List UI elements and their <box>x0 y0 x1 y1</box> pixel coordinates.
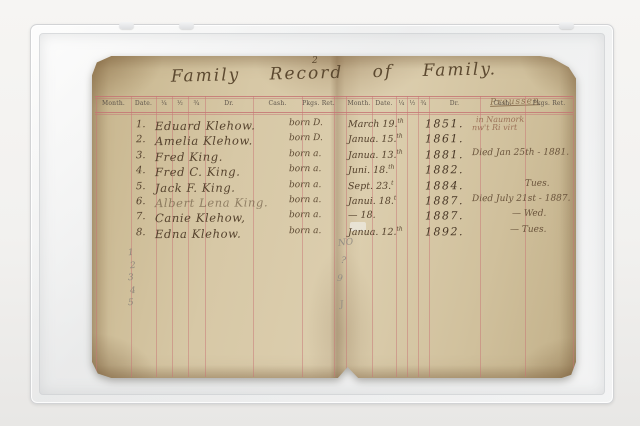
row-number: 2. <box>136 135 146 146</box>
column-header: ½ <box>172 99 188 109</box>
birth-date: Janua. 12.th <box>348 225 403 237</box>
born-entry: born a. <box>289 164 321 174</box>
ledger-document: 2 Family Record of Family. Preussen Mont… <box>92 56 576 378</box>
person-name: Edna Klehow. <box>155 226 242 241</box>
born-entry: born a. <box>289 149 321 159</box>
sleeve-weld <box>119 22 134 29</box>
born-entry: born a. <box>289 180 321 190</box>
birth-year: 1887. <box>425 194 464 207</box>
birth-date: — 18. <box>348 210 376 221</box>
column-header: ½ <box>407 99 418 109</box>
ledger-page: 2 Family Record of Family. Preussen Mont… <box>92 56 576 378</box>
person-name: Albert Lena King. <box>155 195 268 210</box>
birth-date: March 19.th <box>348 118 404 130</box>
margin-note: — Tues. <box>510 224 547 234</box>
birth-date: Janui. 18.t <box>348 195 396 207</box>
ledger-row: 8.Edna Klehow.born a.Janua. 12.th1892.— … <box>92 224 576 242</box>
birth-year: 1884. <box>425 179 464 192</box>
birth-year: 1861. <box>425 133 464 146</box>
sleeve-weld <box>179 22 194 29</box>
birth-date: Janua. 15.th <box>348 133 403 145</box>
birth-date: Janua. 13.th <box>348 148 403 160</box>
ledger-title: Family Record of Family. <box>122 58 546 88</box>
birth-year: 1851. <box>425 117 464 130</box>
date-superscript: th <box>396 148 402 155</box>
date-superscript: th <box>397 118 403 125</box>
date-superscript: th <box>396 225 402 232</box>
row-number: 7. <box>136 212 146 223</box>
column-header: Pkgs. Ret. <box>302 99 335 109</box>
person-name: Jack F. King. <box>155 180 236 194</box>
row-number: 8. <box>136 227 146 238</box>
column-header: Month. <box>346 99 372 109</box>
born-entry: born a. <box>289 195 321 205</box>
born-entry: born D. <box>289 133 323 143</box>
person-name: Fred King. <box>155 149 223 163</box>
pencil-margin-number: 1 <box>128 248 134 258</box>
column-header: ¼ <box>396 99 407 109</box>
pencil-mark: NO <box>338 237 354 249</box>
born-entry: born a. <box>289 226 321 236</box>
row-number: 5. <box>136 181 146 192</box>
column-header: Date. <box>131 99 156 109</box>
pencil-mark: J <box>339 300 344 310</box>
margin-note: Died Jan 25th - 1881. <box>472 147 569 158</box>
pencil-margin-number: 3 <box>128 273 134 283</box>
pencil-margin-number: 2 <box>130 260 136 270</box>
row-number: 6. <box>136 196 146 207</box>
person-name: Eduard Klehow. <box>155 118 256 133</box>
birth-year: 1887. <box>425 210 464 223</box>
born-entry: born a. <box>289 210 321 220</box>
person-name: Canie Klehow, <box>155 211 246 226</box>
birth-year: 1892. <box>425 225 464 238</box>
margin-note: Tues. <box>525 178 550 188</box>
margin-note: — Wed. <box>512 209 546 219</box>
column-header: ¼ <box>156 99 172 109</box>
column-header: Cash. <box>480 99 525 109</box>
pencil-margin-number: 5 <box>128 298 134 308</box>
row-number: 4. <box>136 165 146 176</box>
person-name: Amelia Klehow. <box>155 134 253 149</box>
date-superscript: t <box>391 179 393 186</box>
date-superscript: th <box>388 164 394 171</box>
pencil-margin-number: 4 <box>130 285 136 295</box>
column-header: Month. <box>96 99 131 109</box>
pencil-mark: 9 <box>337 274 343 284</box>
date-superscript: t <box>394 195 396 202</box>
column-header: ¾ <box>188 99 205 109</box>
date-superscript: th <box>396 133 402 140</box>
column-header: Cash. <box>253 99 302 109</box>
born-entry: born D. <box>289 118 323 128</box>
margin-note: Died July 21st - 1887. <box>472 194 571 205</box>
column-header: Dr. <box>429 99 480 109</box>
column-header: Date. <box>372 99 396 109</box>
birth-year: 1882. <box>425 163 464 176</box>
person-name: Fred C. King. <box>155 165 241 180</box>
birth-date: Sept. 23.t <box>348 179 394 191</box>
column-header: ¾ <box>418 99 429 109</box>
row-number: 3. <box>136 150 146 161</box>
birth-year: 1881. <box>425 148 464 161</box>
photo-stage: 2 Family Record of Family. Preussen Mont… <box>0 0 640 426</box>
column-header: Pkgs. Ret. <box>525 99 573 109</box>
birth-date: Juni. 18.th <box>348 164 395 176</box>
margin-note-line2: nw't Ri virt <box>472 123 517 132</box>
row-number: 1. <box>136 119 146 130</box>
sleeve-weld <box>559 22 574 29</box>
column-header: Dr. <box>205 99 253 109</box>
